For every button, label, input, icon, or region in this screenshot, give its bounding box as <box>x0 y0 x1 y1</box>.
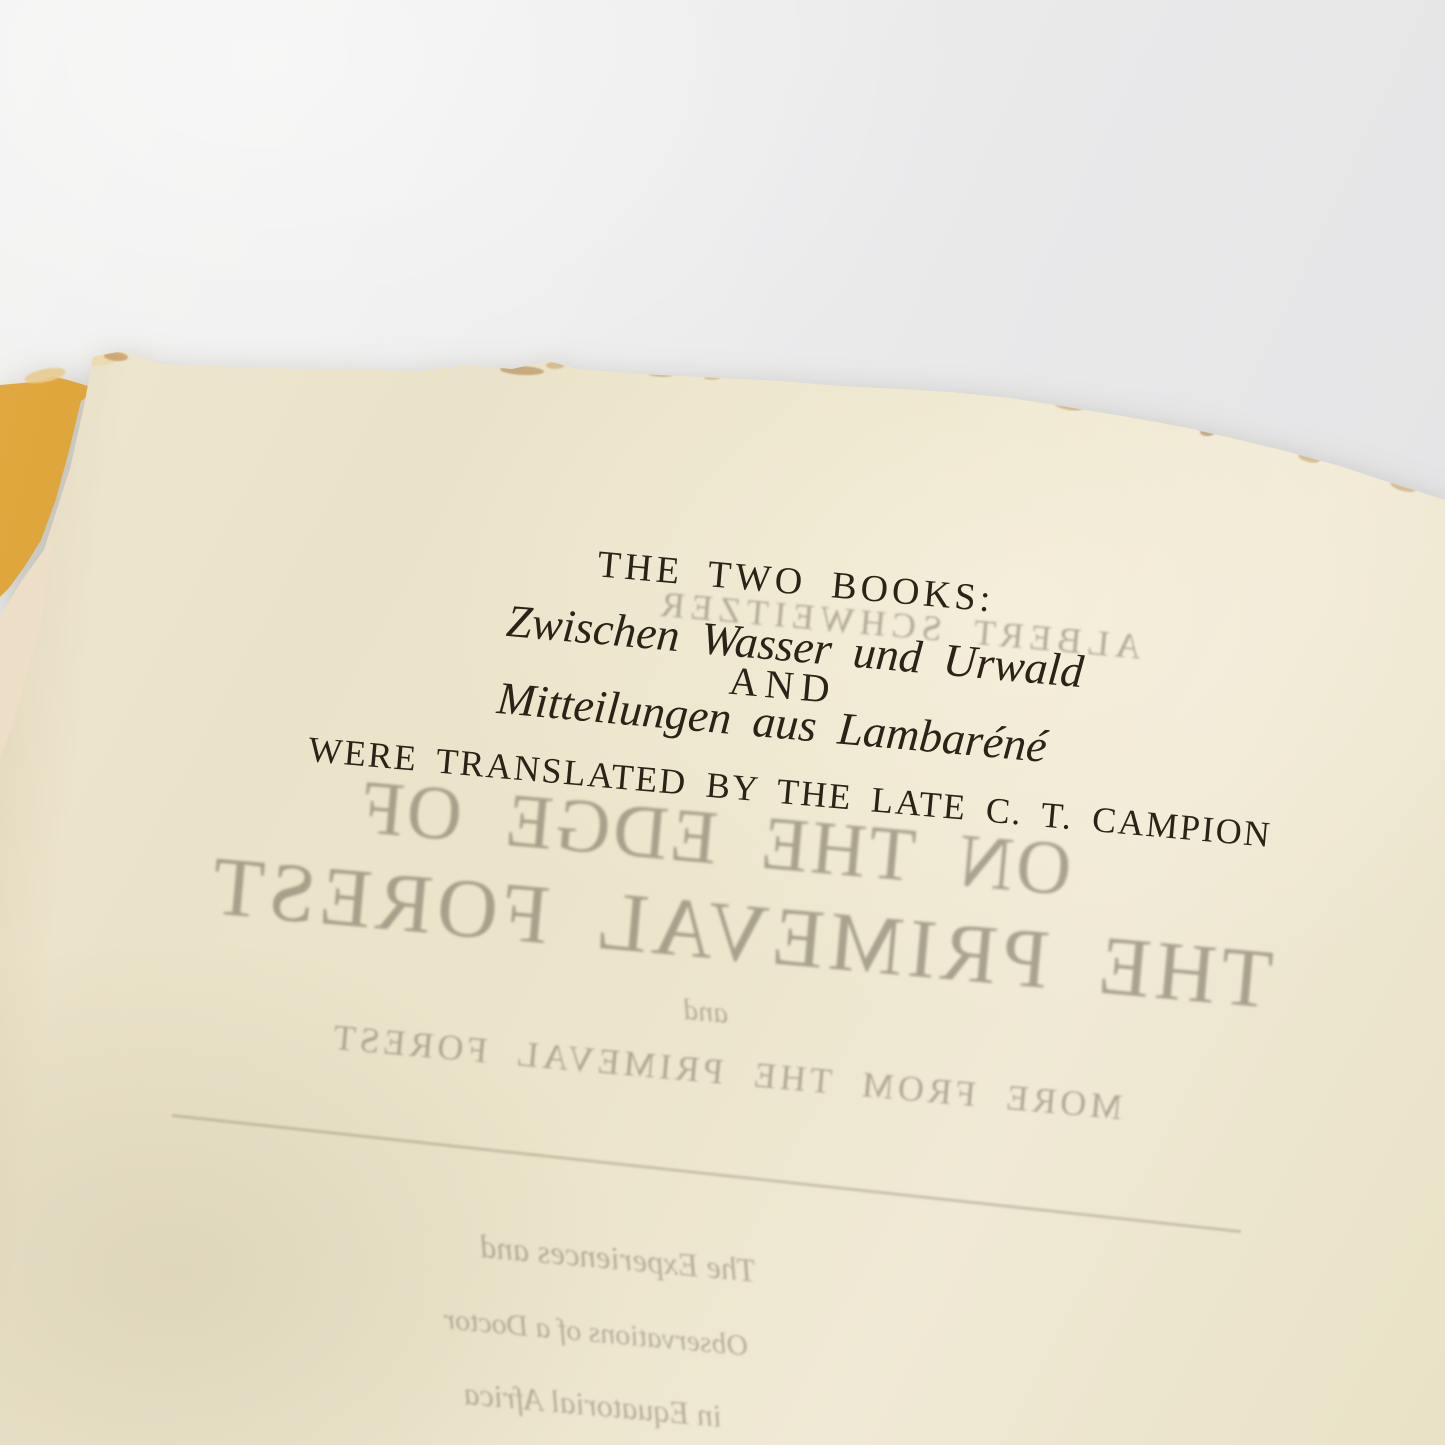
book-page: ALBERT SCHWEITZER ON THE EDGE OF THE PRI… <box>0 0 1445 1445</box>
book: ALBERT SCHWEITZER ON THE EDGE OF THE PRI… <box>0 0 1445 1445</box>
foxing-spot <box>546 362 564 369</box>
showthrough-and: and <box>682 993 730 1031</box>
book-photo: ALBERT SCHWEITZER ON THE EDGE OF THE PRI… <box>0 0 1445 1445</box>
foxing-spot <box>1200 428 1215 436</box>
foxing-spot <box>704 375 720 380</box>
